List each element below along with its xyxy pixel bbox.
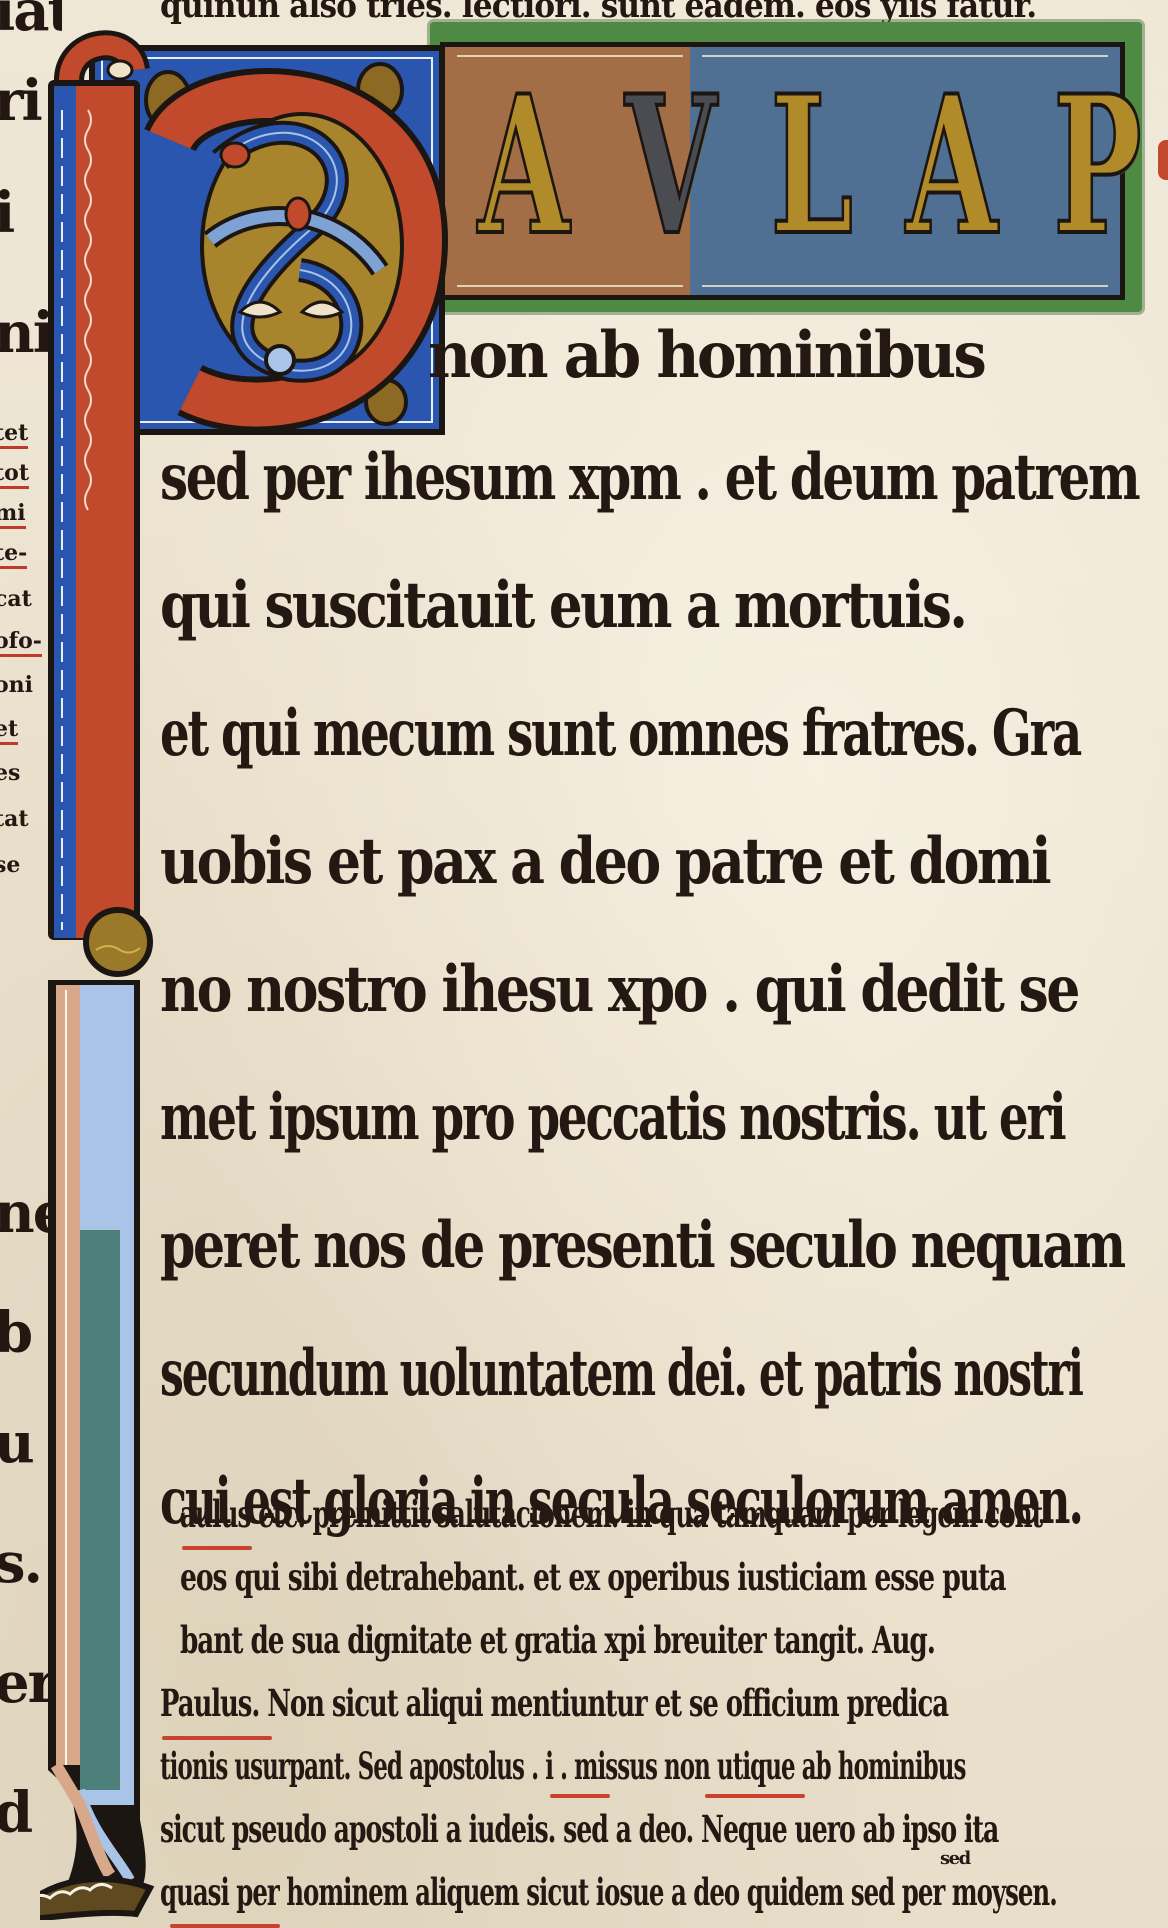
rubric-underline [705, 1794, 805, 1798]
gloss-line: aulus etc. premittit salutacionem. in qu… [180, 1492, 1042, 1536]
text-line: peret nos de presenti seculo nequam [160, 1208, 1124, 1298]
band-letter: V [625, 71, 716, 261]
band-letters: A V L A P L ' [440, 42, 1130, 290]
margin-fragment: i [0, 180, 13, 246]
margin-fragment: tat [0, 806, 29, 832]
gloss-line: eos qui sibi detrahebant. et ex operibus… [180, 1555, 1005, 1599]
rubric-underline [182, 1546, 252, 1550]
gloss-line: sicut pseudo apostoli a iudeis. sed a de… [160, 1807, 998, 1851]
margin-fragment: b [0, 1300, 31, 1366]
band-letter: A [478, 71, 569, 261]
margin-fragment: ri [0, 68, 41, 134]
band-letter: L [770, 71, 853, 261]
margin-fragment: d [0, 1780, 31, 1846]
text-line: non ab hominibus [428, 318, 984, 408]
gloss-superscript: sed [940, 1848, 970, 1869]
text-line: no nostro ihesu xpo . qui dedit se [160, 952, 1078, 1042]
gloss-line: Paulus. Non sicut aliqui mentiuntur et s… [160, 1681, 948, 1725]
rubric-underline [550, 1794, 610, 1798]
margin-fragment: cat [0, 586, 32, 612]
gloss-line: bant de sua dignitate et gratia xpi breu… [180, 1618, 935, 1662]
gloss-line: quasi per hominem aliquem sicut iosue a … [160, 1870, 1057, 1914]
margin-fragment: ofo- [0, 628, 42, 654]
margin-fragment: et [0, 716, 18, 742]
gloss-line: tionis usurpant. Sed apostolus . i . mis… [160, 1744, 965, 1788]
band-letter: P [1053, 71, 1142, 261]
margin-fragment: tot [0, 460, 29, 486]
text-line: secundum uoluntatem dei. et patris nostr… [160, 1336, 1082, 1426]
text-line: uobis et pax a deo patre et domi [160, 824, 1049, 914]
margin-fragment: oni [0, 672, 33, 698]
text-line: sed per ihesum xpm . et deum patrem [160, 440, 1138, 530]
margin-fragment: es [0, 760, 20, 786]
margin-fragment: se [0, 852, 20, 878]
edge-red-mark [1158, 140, 1168, 180]
margin-fragment: s. [0, 1530, 41, 1596]
text-line: met ipsum pro peccatis nostris. ut eri [160, 1080, 1064, 1170]
margin-fragment: mi [0, 500, 26, 526]
margin-fragment: tet [0, 420, 28, 446]
margin-fragment: te- [0, 540, 27, 566]
title-band: A V L A P L ' [440, 30, 1130, 300]
rubric-underline [170, 1924, 280, 1928]
text-line: et qui mecum sunt omnes fratres. Gra [160, 696, 1080, 786]
rubric-underline [162, 1736, 272, 1740]
margin-fragment: u [0, 1410, 33, 1476]
text-line: qui suscitauit eum a mortuis. [160, 568, 965, 658]
band-letter: A [906, 71, 997, 261]
